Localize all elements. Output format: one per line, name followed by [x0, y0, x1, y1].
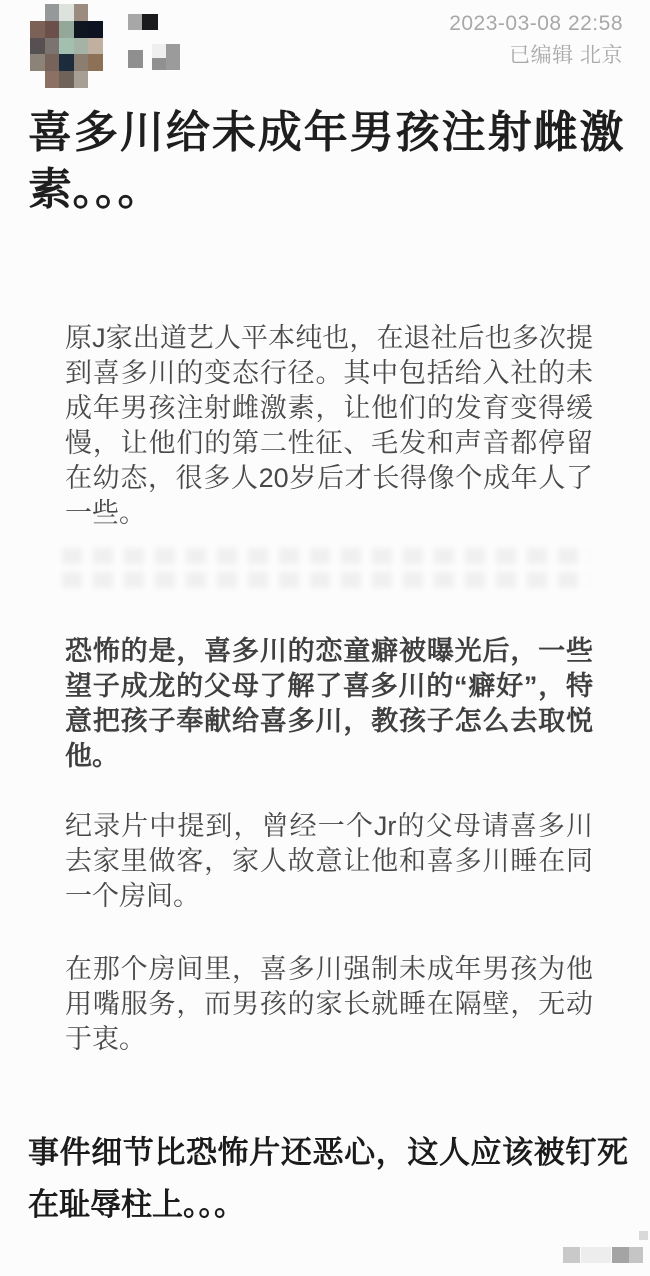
mosaic-cell — [88, 4, 103, 21]
post-paragraph-bold: 恐怖的是，喜多川的恋童癖被曝光后，一些望子成龙的父母了解了喜多川的“癖好”，特意… — [65, 634, 593, 774]
mosaic-block — [612, 1247, 629, 1263]
mosaic-block — [128, 14, 142, 30]
mosaic-block — [639, 1231, 648, 1240]
mosaic-cell — [74, 4, 89, 21]
mosaic-cell — [30, 38, 45, 55]
mosaic-cell — [59, 4, 74, 21]
post-meta: 2023-03-08 22:58 已编辑 北京 — [449, 8, 623, 72]
faded-text-artifact — [62, 548, 590, 564]
mosaic-cell — [45, 71, 60, 88]
mosaic-cell — [88, 54, 103, 71]
mosaic-block — [166, 44, 180, 70]
mosaic-cell — [30, 4, 45, 21]
post-title: 喜多川给未成年男孩注射雌激素。。。 — [28, 104, 624, 218]
post-timestamp: 2023-03-08 22:58 — [449, 8, 623, 40]
mosaic-cell — [74, 21, 89, 38]
post-paragraph: 纪录片中提到，曾经一个Jr的父母请喜多川去家里做客，家人故意让他和喜多川睡在同一… — [65, 809, 593, 914]
mosaic-block — [629, 1247, 643, 1263]
mosaic-cell — [45, 38, 60, 55]
faded-text-artifact — [62, 572, 590, 588]
edited-location-label: 已编辑 北京 — [449, 40, 623, 72]
post-card: 2023-03-08 22:58 已编辑 北京 喜多川给未成年男孩注射雌激素。。… — [0, 0, 650, 1276]
post-paragraph: 在那个房间里，喜多川强制未成年男孩为他用嘴服务，而男孩的家长就睡在隔壁，无动于衷… — [65, 952, 593, 1057]
mosaic-cell — [45, 54, 60, 71]
mosaic-cell — [59, 71, 74, 88]
mosaic-block — [142, 14, 158, 30]
mosaic-cell — [88, 38, 103, 55]
mosaic-cell — [30, 21, 45, 38]
mosaic-cell — [74, 54, 89, 71]
mosaic-cell — [45, 4, 60, 21]
mosaic-cell — [59, 38, 74, 55]
mosaic-block — [152, 44, 166, 58]
mosaic-cell — [74, 71, 89, 88]
mosaic-cell — [59, 21, 74, 38]
mosaic-cell — [88, 21, 103, 38]
mosaic-cell — [88, 71, 103, 88]
mosaic-block — [152, 58, 166, 70]
mosaic-cell — [45, 21, 60, 38]
mosaic-block — [563, 1247, 580, 1263]
mosaic-block — [128, 50, 143, 68]
mosaic-block — [581, 1247, 611, 1263]
mosaic-cell — [30, 54, 45, 71]
avatar[interactable] — [30, 4, 103, 88]
mosaic-cell — [74, 38, 89, 55]
closing-comment: 事件细节比恐怖片还恶心，这人应该被钉死在耻辱柱上。。。 — [28, 1127, 628, 1231]
mosaic-cell — [59, 54, 74, 71]
mosaic-cell — [30, 71, 45, 88]
post-paragraph: 原J家出道艺人平本纯也，在退社后也多次提到喜多川的变态行径。其中包括给入社的未成… — [65, 321, 593, 531]
